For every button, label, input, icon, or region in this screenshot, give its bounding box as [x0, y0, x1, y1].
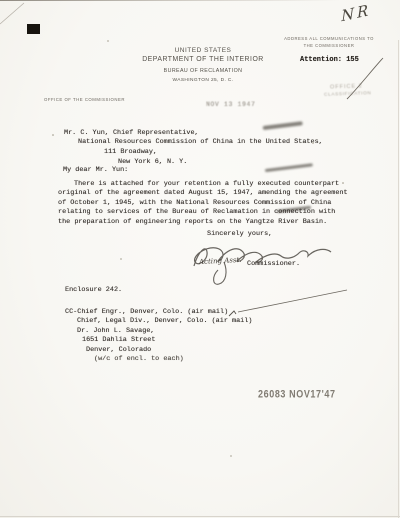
- cc-list-line: Denver, Colorado: [86, 346, 151, 354]
- cc-list-line: 1651 Dahlia Street: [82, 336, 155, 344]
- faint-office-stamp-line2: CLASSIFICATION: [324, 91, 372, 98]
- signer-title-typed: Commissioner.: [247, 260, 300, 268]
- signature-descender-loop: [214, 262, 226, 284]
- body-paragraph-line: the preparation of engineering reports o…: [58, 218, 327, 226]
- cc-list-line: CC-Chief Engr., Denver, Colo. (air mail): [65, 308, 228, 316]
- date-received-stamp: NOV 13 1947: [206, 101, 256, 108]
- ink-speck: [52, 134, 54, 136]
- smudged-ink-stamp: [258, 85, 323, 252]
- body-paragraph-line: There is attached for your retention a f…: [74, 180, 339, 188]
- page-corner-line: [0, 3, 24, 24]
- body-paragraph-line: relating to services of the Bureau of Re…: [58, 208, 335, 216]
- ink-speck: [230, 455, 232, 457]
- cc-list-line: Chief, Legal Div., Denver, Colo. (air ma…: [77, 317, 252, 325]
- page-top-edge: [0, 0, 400, 1]
- body-paragraph-line: of October 1, 1945, with the National Re…: [58, 199, 331, 207]
- letterhead-department: DEPARTMENT OF THE INTERIOR: [80, 56, 326, 63]
- file-number-stamp: 26083 NOV17'47: [258, 388, 336, 400]
- distribution-note: (w/c of encl. to each): [94, 355, 184, 363]
- recipient-address-line: Mr. C. Yun, Chief Representative,: [64, 129, 199, 137]
- cc-pen-line: [238, 290, 347, 312]
- attention-line: Attention: 155: [300, 56, 359, 64]
- recipient-address-line: New York 6, N. Y.: [118, 158, 187, 166]
- ink-speck: [342, 182, 344, 184]
- scanned-letter-page: NR ADDRESS ALL COMMUNICATIONS TO THE COM…: [0, 0, 400, 518]
- closing: Sincerely yours,: [207, 230, 272, 238]
- letterhead-bureau: BUREAU OF RECLAMATION: [80, 68, 326, 74]
- cc-checkmark: [229, 311, 236, 316]
- signer-title-handwritten: Acting Asst.: [199, 256, 242, 266]
- redaction-box: [27, 24, 40, 34]
- letterhead-org-name: UNITED STATES: [80, 47, 326, 54]
- cc-list-line: Dr. John L. Savage,: [77, 327, 155, 335]
- page-right-edge: [398, 40, 399, 518]
- page-bottom-edge: [0, 516, 400, 517]
- ink-speck: [312, 142, 314, 144]
- salutation: My dear Mr. Yun:: [63, 166, 128, 174]
- body-paragraph-line: original of the agreement dated August 1…: [58, 189, 348, 197]
- ink-speck: [107, 40, 109, 42]
- enclosure-note: Enclosure 242.: [65, 286, 122, 294]
- office-of-commissioner-label: OFFICE OF THE COMMISSIONER: [44, 97, 125, 102]
- recipient-address-line: 111 Broadway,: [104, 148, 157, 156]
- faint-office-stamp-line1: OFFICE 2: [330, 83, 363, 90]
- letterhead-city: WASHINGTON 25, D. C.: [80, 78, 326, 83]
- ink-speck: [120, 258, 122, 260]
- address-notice-line1: ADDRESS ALL COMMUNICATIONS TO: [268, 36, 390, 41]
- handwritten-initials-note: NR: [341, 1, 371, 26]
- recipient-address-line: National Resources Commission of China i…: [78, 138, 323, 146]
